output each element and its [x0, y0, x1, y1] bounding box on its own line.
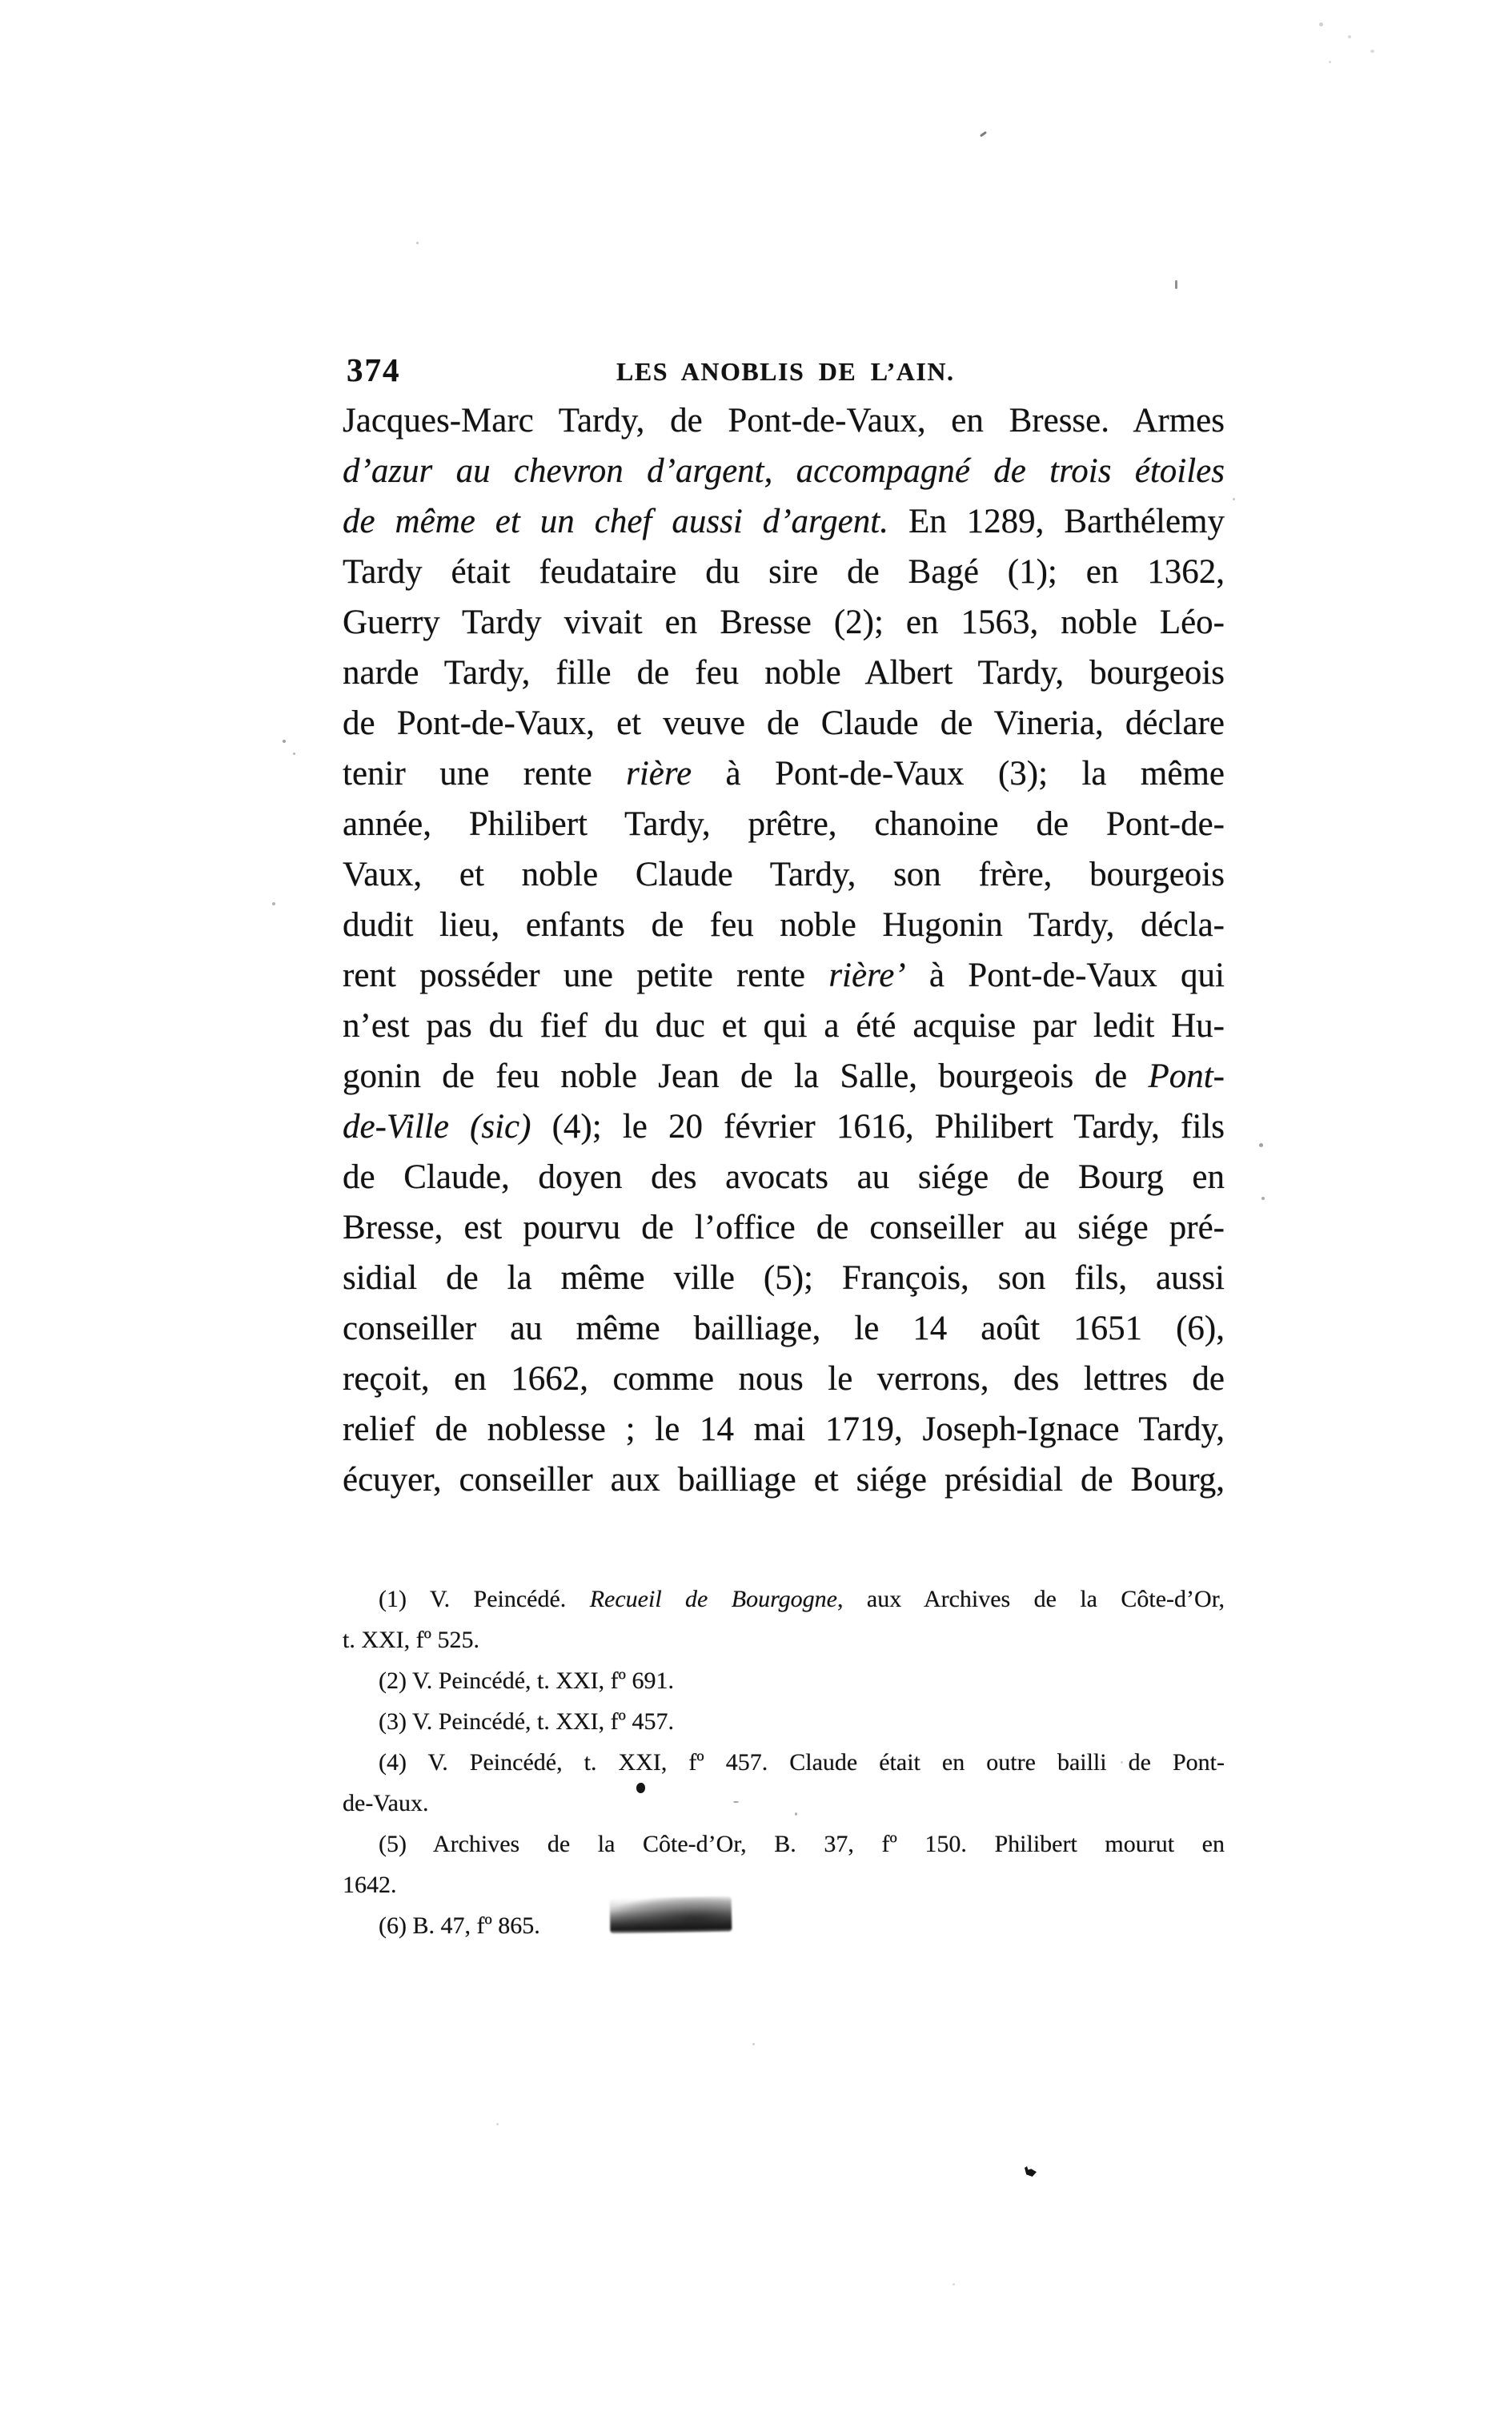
italic-text: Recueil de Bourgogne [590, 1586, 837, 1612]
noise-speck [496, 2123, 499, 2125]
text: Jacques-Marc Tardy, de Pont-de-Vaux, en … [343, 402, 1225, 439]
ink-smudge [610, 1896, 732, 1934]
noise-speck [733, 1801, 739, 1803]
text: gonin de feu noble Jean de la Salle, bou… [343, 1057, 1148, 1095]
text: (2) V. Peincédé, t. XXI, fº 691. [379, 1668, 674, 1694]
stray-ink-dot [636, 1783, 645, 1793]
text-line: de-Vaux. [343, 1783, 1225, 1824]
noise-speck [795, 1812, 797, 1816]
noise-speck [283, 740, 286, 743]
text: (1) V. Peincédé. [379, 1586, 590, 1612]
text-line: (1) V. Peincédé. Recueil de Bourgogne, a… [343, 1579, 1225, 1619]
text-line: Tardy était feudataire du sire de Bagé (… [343, 547, 1225, 597]
text: conseiller au même bailliage, le 14 août… [343, 1310, 1225, 1347]
italic-text: de-Ville (sic) [343, 1108, 531, 1146]
text-line: (2) V. Peincédé, t. XXI, fº 691. [343, 1660, 1225, 1701]
text: reçoit, en 1662, comme nous le verrons, … [343, 1360, 1225, 1398]
text: narde Tardy, fille de feu noble Albert T… [343, 654, 1225, 692]
noise-speck [980, 131, 987, 138]
text-line: de-Ville (sic) (4); le 20 février 1616, … [343, 1102, 1225, 1152]
text: n’est pas du fief du duc et qui a été ac… [343, 1007, 1225, 1045]
text-line: (5) Archives de la Côte-d’Or, B. 37, fº … [343, 1824, 1225, 1864]
noise-speck [1319, 22, 1323, 26]
text: sidial de la même ville (5); François, s… [343, 1259, 1225, 1297]
text-line: rent posséder une petite rente rière’ à … [343, 950, 1225, 1001]
text-line: (3) V. Peincédé, t. XXI, fº 457. [343, 1701, 1225, 1742]
italic-text: Pont- [1148, 1057, 1225, 1095]
text: Guerry Tardy vivait en Bresse (2); en 15… [343, 604, 1225, 641]
text: 1642. [343, 1872, 397, 1898]
text-line: de Claude, doyen des avocats au siége de… [343, 1152, 1225, 1202]
noise-speck [1370, 50, 1374, 53]
text: à Pont-de-Vaux (3); la même [692, 755, 1225, 793]
text: (4); le 20 février 1616, Philibert Tardy… [531, 1108, 1225, 1146]
noise-speck [1348, 35, 1351, 38]
text-line: narde Tardy, fille de feu noble Albert T… [343, 648, 1225, 698]
noise-speck [272, 902, 275, 905]
text-line: Bresse, est pourvu de l’office de consei… [343, 1202, 1225, 1253]
text-line: Vaux, et noble Claude Tardy, son frère, … [343, 849, 1225, 900]
text: de Claude, doyen des avocats au siége de… [343, 1158, 1225, 1196]
page-number: 374 [347, 351, 401, 389]
text: de-Vaux. [343, 1790, 428, 1816]
text-line: année, Philibert Tardy, prêtre, chanoine… [343, 799, 1225, 849]
noise-speck [1233, 498, 1235, 500]
body-text: Jacques-Marc Tardy, de Pont-de-Vaux, en … [343, 395, 1225, 1505]
text: année, Philibert Tardy, prêtre, chanoine… [343, 805, 1225, 843]
text-line: de Pont-de-Vaux, et veuve de Claude de V… [343, 698, 1225, 748]
scanned-book-page: 374 LES ANOBLIS DE L’AIN. Jacques-Marc T… [0, 0, 1512, 2420]
noise-speck [1259, 1143, 1263, 1147]
text-line: relief de noblesse ; le 14 mai 1719, Jos… [343, 1404, 1225, 1455]
italic-text: rière’ [828, 957, 905, 994]
noise-speck [953, 2283, 955, 2286]
running-title: LES ANOBLIS DE L’AIN. [616, 357, 954, 387]
noise-speck [1329, 61, 1331, 63]
text: t. XXI, fº 525. [343, 1627, 479, 1653]
text: relief de noblesse ; le 14 mai 1719, Jos… [343, 1411, 1225, 1448]
text: de Pont-de-Vaux, et veuve de Claude de V… [343, 704, 1225, 742]
noise-speck [752, 2043, 755, 2045]
noise-speck [416, 242, 419, 244]
text-line: Guerry Tardy vivait en Bresse (2); en 15… [343, 597, 1225, 648]
text-line: 1642. [343, 1864, 1225, 1905]
text: écuyer, conseiller aux bailliage et siég… [343, 1461, 1225, 1499]
noise-speck [293, 752, 295, 755]
footnotes: (1) V. Peincédé. Recueil de Bourgogne, a… [343, 1579, 1225, 1946]
noise-speck [1121, 1761, 1123, 1764]
text: (3) V. Peincédé, t. XXI, fº 457. [379, 1708, 674, 1735]
text: (6) B. 47, fº 865. [379, 1912, 540, 1939]
text: rent posséder une petite rente [343, 957, 828, 994]
italic-text: rière [626, 755, 692, 793]
italic-text: de même et un chef aussi d’argent. [343, 503, 888, 540]
text-line: conseiller au même bailliage, le 14 août… [343, 1303, 1225, 1354]
text-line: (6) B. 47, fº 865. [343, 1905, 1225, 1946]
text: dudit lieu, enfants de feu noble Hugonin… [343, 906, 1225, 944]
text: En 1289, Barthélemy [888, 503, 1225, 540]
text: à Pont-de-Vaux qui [906, 957, 1225, 994]
text-line: sidial de la même ville (5); François, s… [343, 1253, 1225, 1303]
text-line: de même et un chef aussi d’argent. En 12… [343, 496, 1225, 547]
noise-speck [1175, 280, 1177, 289]
text-line: n’est pas du fief du duc et qui a été ac… [343, 1001, 1225, 1051]
text: Vaux, et noble Claude Tardy, son frère, … [343, 856, 1225, 893]
text-line: d’azur au chevron d’argent, accompagné d… [343, 446, 1225, 496]
text-line: écuyer, conseiller aux bailliage et siég… [343, 1455, 1225, 1505]
text-line: tenir une rente rière à Pont-de-Vaux (3)… [343, 748, 1225, 799]
text-line: t. XXI, fº 525. [343, 1619, 1225, 1660]
text-line: Jacques-Marc Tardy, de Pont-de-Vaux, en … [343, 395, 1225, 446]
text-line: reçoit, en 1662, comme nous le verrons, … [343, 1354, 1225, 1404]
text-line: (4) V. Peincédé, t. XXI, fº 457. Claude … [343, 1742, 1225, 1783]
text: (4) V. Peincédé, t. XXI, fº 457. Claude … [379, 1749, 1225, 1776]
text: (5) Archives de la Côte-d’Or, B. 37, fº … [379, 1831, 1225, 1857]
text: Tardy était feudataire du sire de Bagé (… [343, 553, 1225, 591]
noise-speck [1261, 1197, 1265, 1200]
text-line: dudit lieu, enfants de feu noble Hugonin… [343, 900, 1225, 950]
italic-text: d’azur au chevron d’argent, accompagné d… [343, 452, 1225, 490]
text: tenir une rente [343, 755, 626, 793]
text: Bresse, est pourvu de l’office de consei… [343, 1209, 1225, 1246]
text-line: gonin de feu noble Jean de la Salle, bou… [343, 1051, 1225, 1102]
text: , aux Archives de la Côte-d’Or, [837, 1586, 1225, 1612]
stray-mark [1025, 2166, 1037, 2177]
